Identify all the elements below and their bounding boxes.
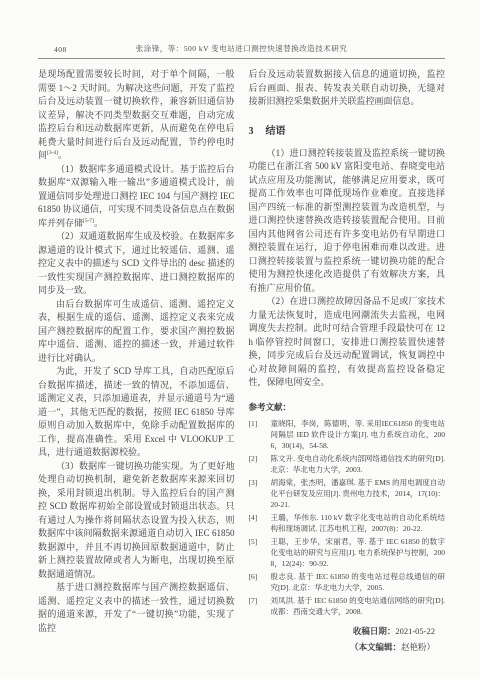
left-column-paragraph: 基于进口测控数据库与国产测控数据遥信、遥测、遥控定义表中的描述一致性，通过切换数… <box>38 581 235 635</box>
paragraph-text: （3）数据库一键切换功能实现。为了更好地处理自动切换机制，避免新老数据库来源来回… <box>38 461 235 579</box>
reference-number: [4] <box>249 512 265 523</box>
left-column-paragraph: （1）数据库多通道模式设计。基于监控后台数据库“双源输入唯一输出”多通道模式设计… <box>38 163 235 231</box>
reference-number: [2] <box>249 453 265 464</box>
reference-item: [6]殷志良. 基于 IEC 61850 的变电站过程总线通信的研究[D]. 北… <box>249 571 446 594</box>
paragraph-text: 基于进口测控数据库与国产测控数据遥信、遥测、遥控定义表中的描述一致性，通过切换数… <box>38 582 235 633</box>
left-column-paragraph: 为此，开发了 SCD 导库工具，自动匹配原后台数据库描述，描述一致的情况，不添加… <box>38 365 235 460</box>
received-date-label: 收稿日期： <box>353 626 396 636</box>
left-column-paragraph: 是现场配置需要较长时间，对于单个间隔，一般需要 1～2 天时间。为解决这些问题，… <box>38 68 235 163</box>
paragraph-text: （2）在进口测控故障因备品不足或厂家技术力量无法恢复时，造成电网潮流失去监视，电… <box>249 296 446 387</box>
reference-number: [5] <box>249 536 265 547</box>
right-column: 后台及远动装置数据接入信息的通道切换，监控后台画面、报表、转发表关联自动切换，无… <box>249 68 446 653</box>
left-column-paragraph: 由后台数据库可生成遥信、遥测、遥控定义表，根据生成的遥信、遥测、遥控定义表来完成… <box>38 298 235 366</box>
received-date-value: 2021-05-22 <box>395 626 435 636</box>
reference-item: [1]童晓阳，李岗，陈德明，等. 采用IEC61850 的变电站间隔层 IED … <box>249 418 446 452</box>
reference-number: [3] <box>249 477 265 488</box>
reference-number: [1] <box>249 418 265 429</box>
reference-item: [4]王璐，华伟东. 110 kV 数字化变电站的自动化系统结构和现场调试. 江… <box>249 512 446 535</box>
conclusion-block: （1）进口测控转接装置及监控系统一键切换功能已在浙江省 500 kV 富阳变电站… <box>249 147 446 390</box>
reference-item: [2]陈文升. 变电自动化系统内部网络通信技术的研究[D]. 北京：华北电力大学… <box>249 453 446 476</box>
conclusion-paragraph: （1）进口测控转接装置及监控系统一键切换功能已在浙江省 500 kV 富阳变电站… <box>249 147 446 296</box>
running-title: 张涂锋，等：500 kV 变电站进口测控快速替换改造技术研究 <box>38 43 445 54</box>
editor-note-label: （本文编辑： <box>350 642 401 652</box>
left-column-paragraph: （2）双通道数据库生成及校验。在数据库多源通道的设计模式下，通过比较遥信、遥测、… <box>38 230 235 298</box>
editor-name: 赵艳粉） <box>401 642 435 652</box>
paragraph-text: 为此，开发了 SCD 导库工具，自动匹配原后台数据库描述，描述一致的情况，不添加… <box>38 366 235 457</box>
citation-superscript: [5-7] <box>83 218 94 224</box>
paragraph-text: 由后台数据库可生成遥信、遥测、遥控定义表，根据生成的遥信、遥测、遥控定义表来完成… <box>38 299 235 363</box>
paragraph-text: （2）双通道数据库生成及校验。在数据库多源通道的设计模式下，通过比较遥信、遥测、… <box>38 231 235 295</box>
continuation-paragraph: 后台及远动装置数据接入信息的通道切换，监控后台画面、报表、转发表关联自动切换，无… <box>249 68 446 109</box>
reference-text: 童晓阳，李岗，陈德明，等. 采用IEC61850 的变电站间隔层 IED 软件设… <box>265 418 446 452</box>
reference-number: [6] <box>249 571 265 582</box>
reference-text: 陈文升. 变电自动化系统内部网络通信技术的研究[D]. 北京：华北电力大学，20… <box>265 453 446 476</box>
reference-text: 王聪，王步华，宋丽君，等. 基于 IEC 61850 的数字化变电站的研究与应用… <box>265 536 446 570</box>
references-list: [1]童晓阳，李岗，陈德明，等. 采用IEC61850 的变电站间隔层 IED … <box>249 418 446 618</box>
reference-item: [7]刘凤洪. 基于 IEC 61850 的变电站通信网络的研究[D]. 成都：… <box>249 595 446 618</box>
section-title: 结语 <box>266 126 286 137</box>
left-column-paragraph: （3）数据库一键切换功能实现。为了更好地处理自动切换机制，避免新老数据库来源来回… <box>38 460 235 582</box>
paper-page: 408 张涂锋，等：500 kV 变电站进口测控快速替换改造技术研究 是现场配置… <box>0 0 480 679</box>
paragraph-text: 。 <box>58 150 67 160</box>
reference-text: 王璐，华伟东. 110 kV 数字化变电站的自动化系统结构和现场调试. 江苏电机… <box>265 512 446 535</box>
left-column: 是现场配置需要较长时间，对于单个间隔，一般需要 1～2 天时间。为解决这些问题，… <box>38 68 235 653</box>
page-header: 408 张涂锋，等：500 kV 变电站进口测控快速替换改造技术研究 <box>38 40 445 56</box>
reference-number: [7] <box>249 595 265 606</box>
conclusion-paragraph: （2）在进口测控故障因备品不足或厂家技术力量无法恢复时，造成电网潮流失去监视，电… <box>249 295 446 390</box>
paragraph-text: 。 <box>94 218 103 228</box>
reference-item: [5]王聪，王步华，宋丽君，等. 基于 IEC 61850 的数字化变电站的研究… <box>249 536 446 570</box>
paragraph-text: 后台及远动装置数据接入信息的通道切换，监控后台画面、报表、转发表关联自动切换，无… <box>249 69 446 106</box>
received-date-line: 收稿日期：2021-05-22 <box>249 625 446 637</box>
header-rule <box>38 58 445 59</box>
section-number: 3 <box>249 126 254 137</box>
paragraph-text: （1）进口测控转接装置及监控系统一键切换功能已在浙江省 500 kV 富阳变电站… <box>249 148 446 293</box>
section-heading-conclusion: 3结语 <box>249 122 446 137</box>
citation-superscript: [3-4] <box>47 150 58 156</box>
paragraph-text: （1）数据库多通道模式设计。基于监控后台数据库“双源输入唯一输出”多通道模式设计… <box>38 164 235 228</box>
two-column-body: 是现场配置需要较长时间，对于单个间隔，一般需要 1～2 天时间。为解决这些问题，… <box>38 68 445 653</box>
continuation-block: 后台及远动装置数据接入信息的通道切换，监控后台画面、报表、转发表关联自动切换，无… <box>249 68 446 109</box>
reference-text: 殷志良. 基于 IEC 61850 的变电站过程总线通信的研究[D]. 北京：华… <box>265 571 446 594</box>
reference-item: [3]胡海棠，张杰明，潘嘉琪. 基于 EMS 的用电调度自动化平台研发及应用[J… <box>249 477 446 511</box>
reference-text: 胡海棠，张杰明，潘嘉琪. 基于 EMS 的用电调度自动化平台研发及应用[J]. … <box>265 477 446 511</box>
reference-text: 刘凤洪. 基于 IEC 61850 的变电站通信网络的研究[D]. 成都：西南交… <box>265 595 446 618</box>
references-heading: 参考文献： <box>249 401 446 413</box>
editor-note-line: （本文编辑：赵艳粉） <box>249 641 446 653</box>
paragraph-text: 是现场配置需要较长时间，对于单个间隔，一般需要 1～2 天时间。为解决这些问题，… <box>38 69 235 160</box>
